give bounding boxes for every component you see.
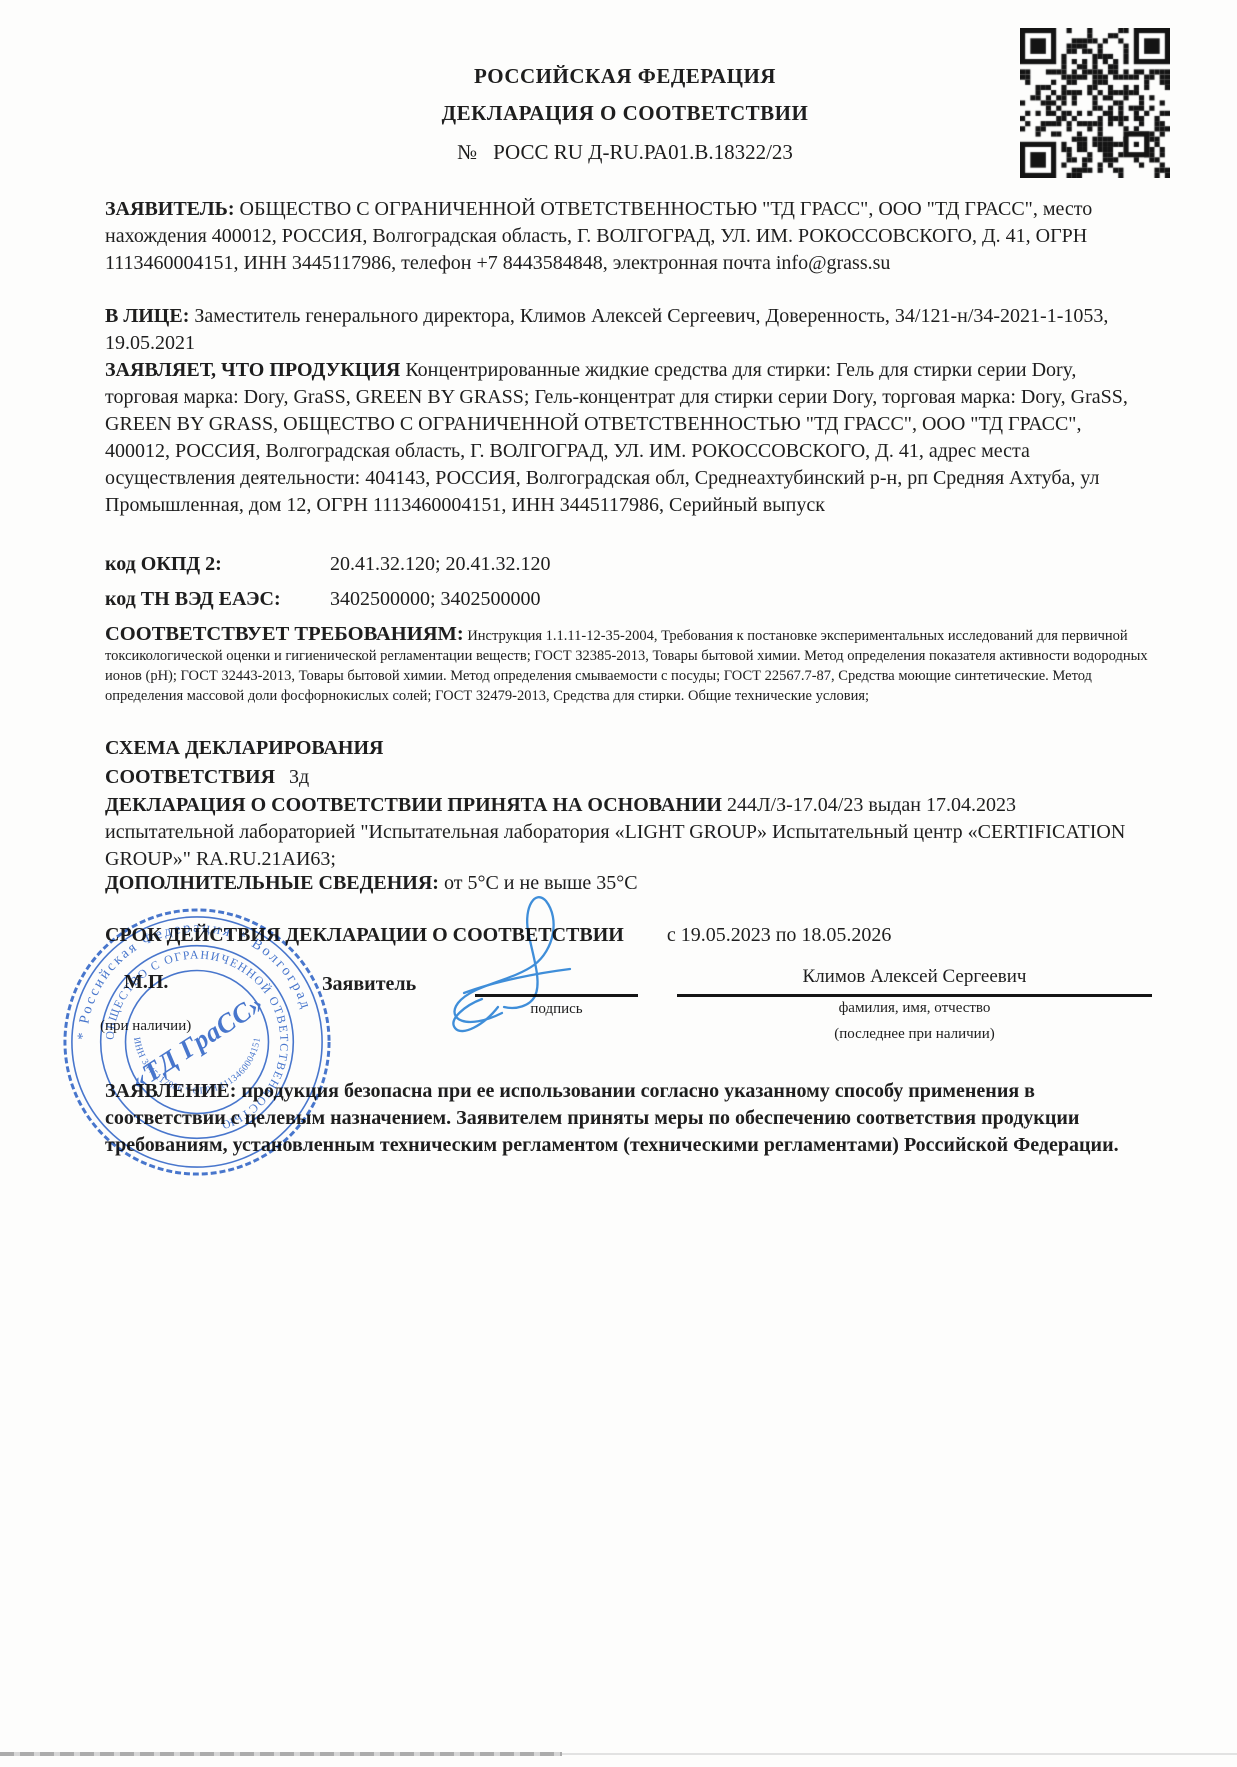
in-person-text: Заместитель генерального директора, Клим… xyxy=(105,305,1108,354)
validity-dates: с 19.05.2023 по 18.05.2026 xyxy=(667,924,892,946)
applicant-label: ЗАЯВИТЕЛЬ: xyxy=(105,198,235,220)
scheme-label-line2: СООТВЕТСТВИЯ xyxy=(105,766,275,788)
additional-info-text: от 5°С и не выше 35°С xyxy=(444,872,638,894)
scheme-block: СХЕМА ДЕКЛАРИРОВАНИЯ СООТВЕТСТВИЯ3д xyxy=(105,734,384,792)
header-country: РОССИЙСКАЯ ФЕДЕРАЦИЯ xyxy=(105,64,1145,89)
tnved-code-label: код ТН ВЭД ЕАЭС: xyxy=(105,588,281,611)
applicant-paragraph: ЗАЯВИТЕЛЬ: ОБЩЕСТВО С ОГРАНИЧЕННОЙ ОТВЕТ… xyxy=(105,196,1150,277)
name-caption-1: фамилия, имя, отчество xyxy=(677,1000,1152,1017)
basis-label: ДЕКЛАРАЦИЯ О СООТВЕТСТВИИ ПРИНЯТА НА ОСН… xyxy=(105,794,722,816)
product-text: Концентрированные жидкие средства для ст… xyxy=(105,359,1128,516)
scheme-value: 3д xyxy=(289,766,309,788)
additional-info-paragraph: ДОПОЛНИТЕЛЬНЫЕ СВЕДЕНИЯ: от 5°С и не выш… xyxy=(105,870,1150,897)
product-paragraph: ЗАЯВЛЯЕТ, ЧТО ПРОДУКЦИЯ Концентрированны… xyxy=(105,357,1150,519)
declaration-number: №РОСС RU Д-RU.РА01.В.18322/23 xyxy=(105,140,1145,165)
okpd-code-value: 20.41.32.120; 20.41.32.120 xyxy=(330,553,551,576)
handwritten-signature xyxy=(438,893,588,1038)
scan-artifact-line xyxy=(0,1752,562,1756)
signer-name: Климов Алексей Сергеевич xyxy=(677,966,1152,988)
stamp-center-text: «ТД ГраСС» xyxy=(125,988,269,1096)
additional-info-label: ДОПОЛНИТЕЛЬНЫЕ СВЕДЕНИЯ: xyxy=(105,872,439,894)
tnved-code-value: 3402500000; 3402500000 xyxy=(330,588,541,611)
page-title: ДЕКЛАРАЦИЯ О СООТВЕТСТВИИ xyxy=(105,101,1145,126)
requirements-paragraph: СООТВЕТСТВУЕТ ТРЕБОВАНИЯМ: Инструкция 1.… xyxy=(105,623,1150,706)
declaration-document: РОССИЙСКАЯ ФЕДЕРАЦИЯ ДЕКЛАРАЦИЯ О СООТВЕ… xyxy=(0,0,1237,1767)
company-stamp: * Российская Федерация * Волгоград ОБЩЕС… xyxy=(58,903,336,1181)
in-person-paragraph: В ЛИЦЕ: Заместитель генерального директо… xyxy=(105,303,1150,357)
requirements-label: СООТВЕТСТВУЕТ ТРЕБОВАНИЯМ: xyxy=(105,623,464,645)
applicant-role-label: Заявитель xyxy=(322,973,416,996)
name-line xyxy=(677,994,1152,997)
name-caption-2: (последнее при наличии) xyxy=(677,1026,1152,1043)
product-label: ЗАЯВЛЯЕТ, ЧТО ПРОДУКЦИЯ xyxy=(105,359,400,381)
qr-code xyxy=(1020,28,1170,178)
scheme-label-line1: СХЕМА ДЕКЛАРИРОВАНИЯ xyxy=(105,734,384,763)
okpd-code-label: код ОКПД 2: xyxy=(105,553,222,576)
scan-artifact-line-light xyxy=(562,1753,1237,1755)
in-person-label: В ЛИЦЕ: xyxy=(105,305,189,327)
applicant-text: ОБЩЕСТВО С ОГРАНИЧЕННОЙ ОТВЕТСТВЕННОСТЬЮ… xyxy=(105,198,1092,274)
number-sign: № xyxy=(457,140,477,164)
number-value: РОСС RU Д-RU.РА01.В.18322/23 xyxy=(493,140,793,164)
basis-paragraph: ДЕКЛАРАЦИЯ О СООТВЕТСТВИИ ПРИНЯТА НА ОСН… xyxy=(105,792,1150,873)
